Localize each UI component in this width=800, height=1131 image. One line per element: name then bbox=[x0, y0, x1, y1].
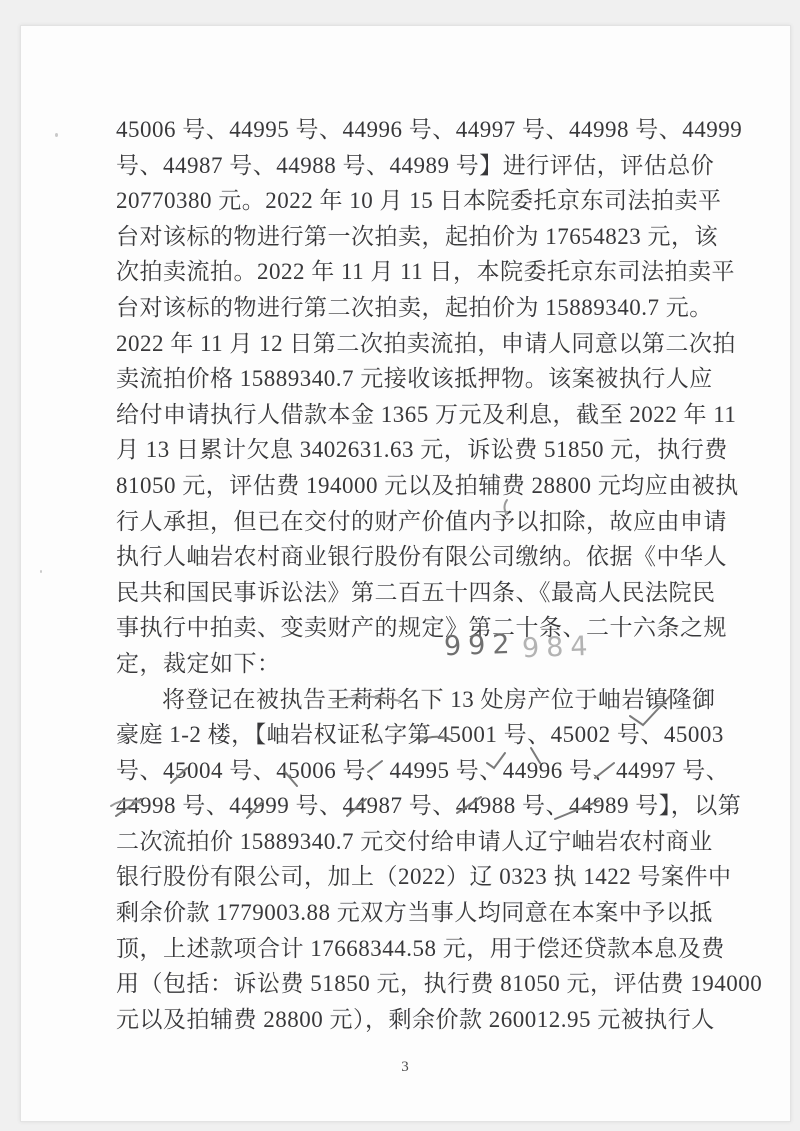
ruling-line: 银行股份有限公司，加上（2022）辽 0323 执 1422 号案件中 bbox=[116, 859, 673, 895]
scan-speck bbox=[55, 133, 58, 137]
ruling-line: 元以及拍辅费 28800 元），剩余价款 260012.95 元被执行人 bbox=[116, 1002, 673, 1038]
scan-speck bbox=[40, 570, 42, 573]
document-page: 45006 号、44995 号、44996 号、44997 号、44998 号、… bbox=[20, 25, 791, 1122]
body-line: 次拍卖流拍。2022 年 11 月 11 日，本院委托京东司法拍卖平 bbox=[116, 254, 673, 290]
body-line: 20770380 元。2022 年 10 月 15 日本院委托京东司法拍卖平 bbox=[116, 183, 673, 219]
handwritten-number-right: 984 bbox=[521, 631, 595, 665]
ruling-line: 剩余价款 1779003.88 元双方当事人均同意在本案中予以抵 bbox=[116, 895, 673, 931]
handwritten-number-left: 992 bbox=[443, 629, 517, 663]
body-line: 给付申请执行人借款本金 1365 万元及利息，截至 2022 年 11 bbox=[116, 397, 673, 433]
body-line: 月 13 日累计欠息 3402631.63 元，诉讼费 51850 元，执行费 bbox=[116, 432, 673, 468]
ruling-line: 44998 号、44999 号、44987 号、44988 号、44989 号】… bbox=[116, 788, 673, 824]
body-line: 卖流拍价格 15889340.7 元接收该抵押物。该案被执行人应 bbox=[116, 361, 673, 397]
ruling-line: 豪庭 1-2 楼，【岫岩权证私字第 45001 号、45002 号、45003 bbox=[116, 717, 673, 753]
page-number: 3 bbox=[21, 1059, 790, 1076]
ruling-line: 二次流拍价 15889340.7 元交付给申请人辽宁岫岩农村商业 bbox=[116, 824, 673, 860]
body-line: 行人承担，但已在交付的财产价值内予以扣除，故应由申请 bbox=[116, 504, 673, 540]
body-line: 81050 元，评估费 194000 元以及拍辅费 28800 元均应由被执 bbox=[116, 468, 673, 504]
body-text: 45006 号、44995 号、44996 号、44997 号、44998 号、… bbox=[116, 112, 673, 1037]
scan-speck bbox=[162, 831, 166, 834]
ruling-line: 用（包括：诉讼费 51850 元，执行费 81050 元，评估费 194000 bbox=[116, 966, 673, 1002]
ruling-line: 号、45004 号、45006 号、44995 号、44996 号、44997 … bbox=[116, 753, 673, 789]
body-line: 民共和国民事诉讼法》第二百五十四条、《最高人民法院民 bbox=[116, 575, 673, 611]
body-line: 45006 号、44995 号、44996 号、44997 号、44998 号、… bbox=[116, 112, 673, 148]
body-line: 号、44987 号、44988 号、44989 号】进行评估，评估总价 bbox=[116, 148, 673, 184]
body-line: 台对该标的物进行第二次拍卖，起拍价为 15889340.7 元。 bbox=[116, 290, 673, 326]
body-line: 执行人岫岩农村商业银行股份有限公司缴纳。依据《中华人 bbox=[116, 539, 673, 575]
body-line: 台对该标的物进行第一次拍卖，起拍价为 17654823 元，该 bbox=[116, 219, 673, 255]
scanned-court-ruling: { "document": { "page_number": "3", "p1"… bbox=[0, 0, 800, 1131]
body-line: 2022 年 11 月 12 日第二次拍卖流拍，申请人同意以第二次拍 bbox=[116, 326, 673, 362]
ruling-line: 将登记在被执告王莉莉名下 13 处房产位于岫岩镇隆御 bbox=[116, 682, 673, 718]
ruling-line: 顶，上述款项合计 17668344.58 元，用于偿还贷款本息及费 bbox=[116, 931, 673, 967]
